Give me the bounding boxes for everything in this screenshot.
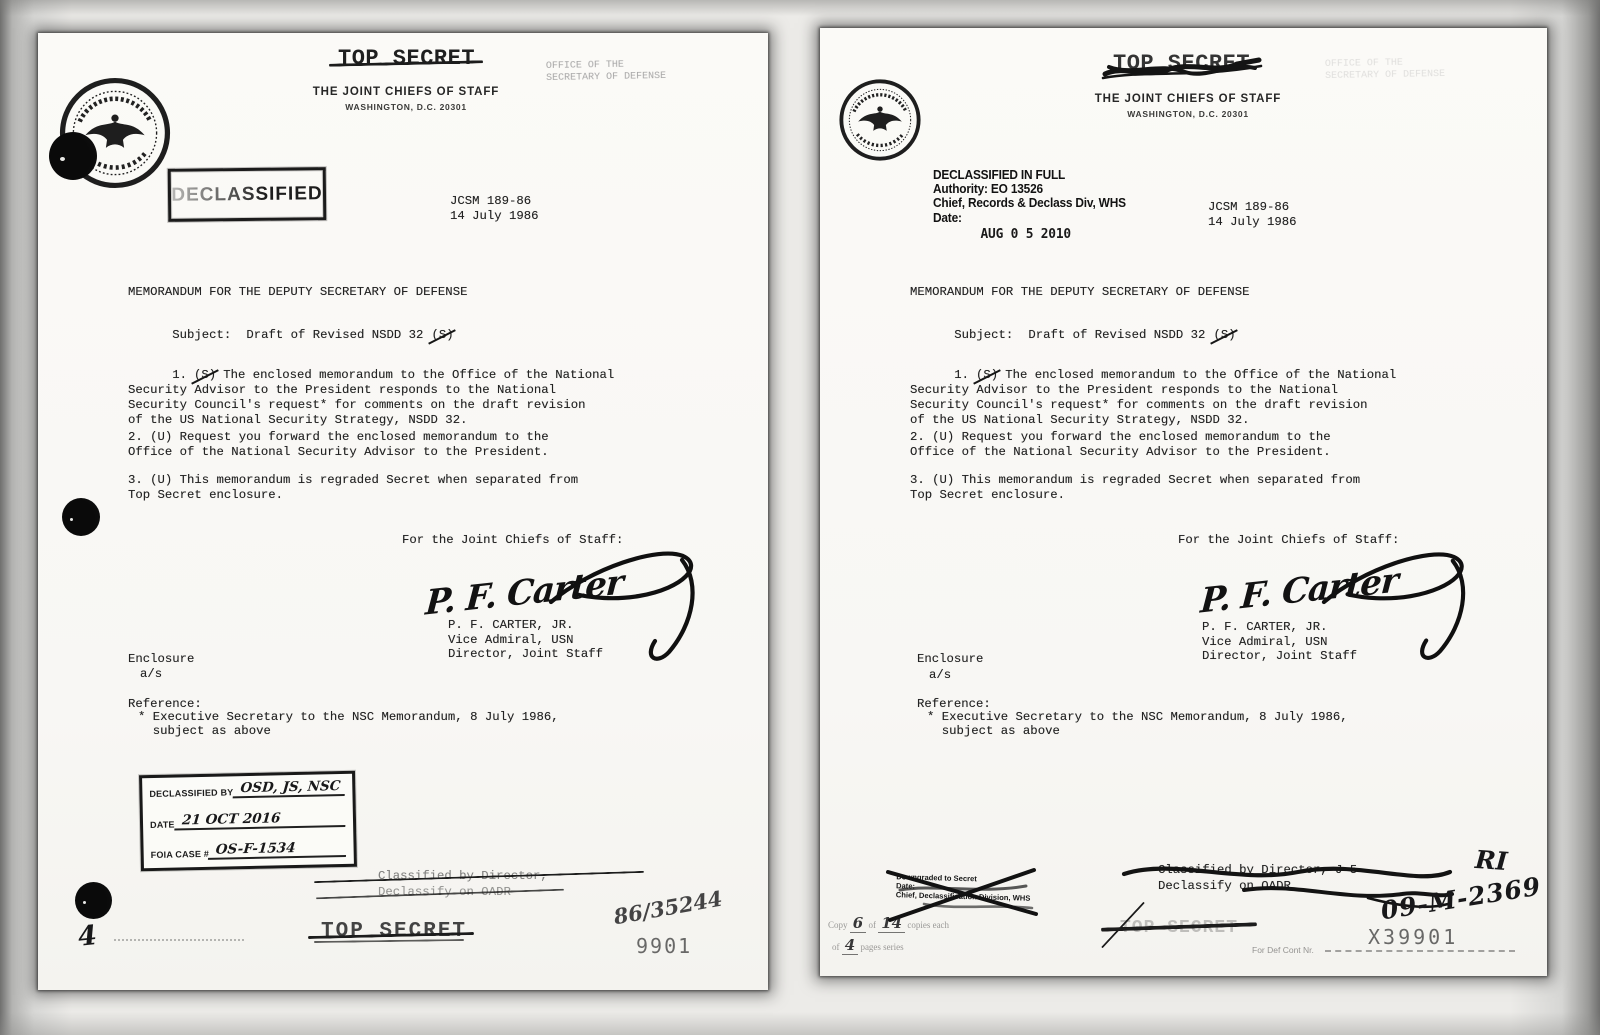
paragraph-1-number: 1. [954,368,969,382]
memo-for-line: MEMORANDUM FOR THE DEPUTY SECRETARY OF D… [128,285,467,300]
declassified-in-full-stamp: DECLASSIFIED IN FULL Authority: EO 13526… [933,168,1126,242]
signer-name: P. F. CARTER, JR. [448,618,573,633]
dif-date-value: AUG 0 5 2010 [981,227,1126,242]
copy-word: of [832,942,840,952]
subject-label: Subject: [172,328,231,342]
signer-rank: Vice Admiral, USN [448,633,573,648]
foia-case-value: OS-F-1534 [208,840,347,860]
signature-script: P. F. Carter [424,565,624,620]
document-page-1: TOP SECRET OFFICE OF THE SECRETARY OF DE… [38,33,768,990]
copy-count-note-line-1: Copy 6 of 14 copies each [828,918,949,931]
paragraph-2: 2. (U) Request you forward the enclosed … [910,430,1331,460]
copy-word: copies each [907,920,949,930]
foia-case-label: FOIA CASE # [151,849,210,861]
handwritten-control-number: 86/35244 [612,886,725,930]
dif-line-2: Authority: EO 13526 [933,182,1126,196]
punch-hole-middle [62,498,100,536]
letterhead-address: WASHINGTON, D.C. 20301 [1088,109,1288,120]
handwritten-case-number: 09-M-2369 [1379,872,1543,926]
classified-by-line: Classified by Director, J-5 [1158,863,1357,878]
enclosure-label: Enclosure [128,652,194,667]
subject-line: Subject:Draft of Revised NSDD 32(S) [128,313,454,358]
dif-line-1: DECLASSIFIED IN FULL [933,168,1126,182]
subject-classification-marking: (S) [1213,328,1235,343]
declassified-by-label: DECLASSIFIED BY [149,787,233,800]
paragraph-1-classification: (S) [194,368,216,383]
handwritten-page-number: 4 [76,920,98,953]
paragraph-3: 3. (U) This memorandum is regraded Secre… [910,473,1360,503]
enclosure-label: Enclosure [917,652,983,667]
osd-corner-stamp: OFFICE OF THE SECRETARY OF DEFENSE [1325,57,1445,83]
copy-number: 4 [842,936,858,955]
scanned-documents-background: TOP SECRET OFFICE OF THE SECRETARY OF DE… [0,0,1600,1035]
osd-corner-stamp: OFFICE OF THE SECRETARY OF DEFENSE [546,59,666,85]
subject-text: Draft of Revised NSDD 32 [246,328,423,342]
paragraph-1-classification: (S) [976,368,998,383]
faint-marks [114,939,244,941]
signer-title: Director, Joint Staff [448,647,603,662]
document-page-2: TOP SECRET OFFICE OF THE SECRETARY OF DE… [820,28,1547,976]
doc-date: 14 July 1986 [1208,215,1297,230]
letterhead-org: THE JOINT CHIEFS OF STAFF [1088,93,1288,106]
punch-hole-top [49,132,97,180]
copy-word: Copy [828,920,848,930]
paragraph-3: 3. (U) This memorandum is regraded Secre… [128,473,578,503]
dod-seal [838,78,922,162]
signer-title: Director, Joint Staff [1202,649,1357,664]
punch-hole-bottom [75,882,112,919]
subject-text: Draft of Revised NSDD 32 [1028,328,1205,342]
subject-classification-marking: (S) [431,328,453,343]
date-label: DATE [150,819,175,831]
doc-number: JCSM 189-86 [450,194,531,209]
stamped-number: 9901 [636,934,692,958]
memo-for-line: MEMORANDUM FOR THE DEPUTY SECRETARY OF D… [910,285,1249,300]
foia-row-declassified-by: DECLASSIFIED BY OSD, JS, NSC [149,779,345,800]
letterhead-address: WASHINGTON, D.C. 20301 [306,102,506,113]
foia-declassification-stamp: DECLASSIFIED BY OSD, JS, NSC DATE 21 OCT… [139,771,357,872]
control-line: For Def Cont Nr. [1252,945,1314,955]
declassified-stamp: DECLASSIFIED [168,167,327,222]
downgraded-stamp: Downgraded to Secret Date: Chief, Declas… [896,872,1031,903]
foia-row-case: FOIA CASE # OS-F-1534 [150,840,346,861]
declassify-on-line: Declassify on OADR [1158,879,1291,894]
signer-name: P. F. CARTER, JR. [1202,620,1327,635]
classification-header: TOP SECRET [338,48,475,70]
enclosure-value: a/s [929,668,951,683]
copy-count-note-line-2: of 4 pages series [832,940,904,953]
paragraph-1-number: 1. [172,368,187,382]
declassified-stamp-text: DECLASSIFIED [171,184,323,205]
doc-date: 14 July 1986 [450,209,539,224]
doc-number: JCSM 189-86 [1208,200,1289,215]
reference-text: * Executive Secretary to the NSC Memoran… [138,710,559,738]
dif-date-label: Date: [933,211,1126,225]
stamped-number: X39901 [1368,925,1458,949]
copy-number: 6 [850,914,866,933]
reference-text: * Executive Secretary to the NSC Memoran… [927,710,1348,738]
letterhead-org: THE JOINT CHIEFS OF STAFF [306,86,506,99]
signer-rank: Vice Admiral, USN [1202,635,1327,650]
declassified-by-value: OSD, JS, NSC [233,779,346,798]
foia-row-date: DATE 21 OCT 2016 [150,809,346,830]
copy-word: of [868,920,876,930]
dif-line-3: Chief, Records & Declass Div, WHS [933,196,1126,210]
subject-label: Subject: [954,328,1013,342]
paragraph-2: 2. (U) Request you forward the enclosed … [128,430,549,460]
copy-word: pages series [860,942,903,952]
signature-script: P. F. Carter [1199,563,1399,618]
handwritten-initials: RI [1474,845,1508,876]
subject-line: Subject:Draft of Revised NSDD 32(S) [910,313,1236,358]
classification-header: TOP SECRET [1113,53,1250,75]
control-line-rule [1325,950,1515,952]
enclosure-value: a/s [140,667,162,682]
copy-number: 14 [878,914,905,933]
date-value: 21 OCT 2016 [174,809,347,830]
